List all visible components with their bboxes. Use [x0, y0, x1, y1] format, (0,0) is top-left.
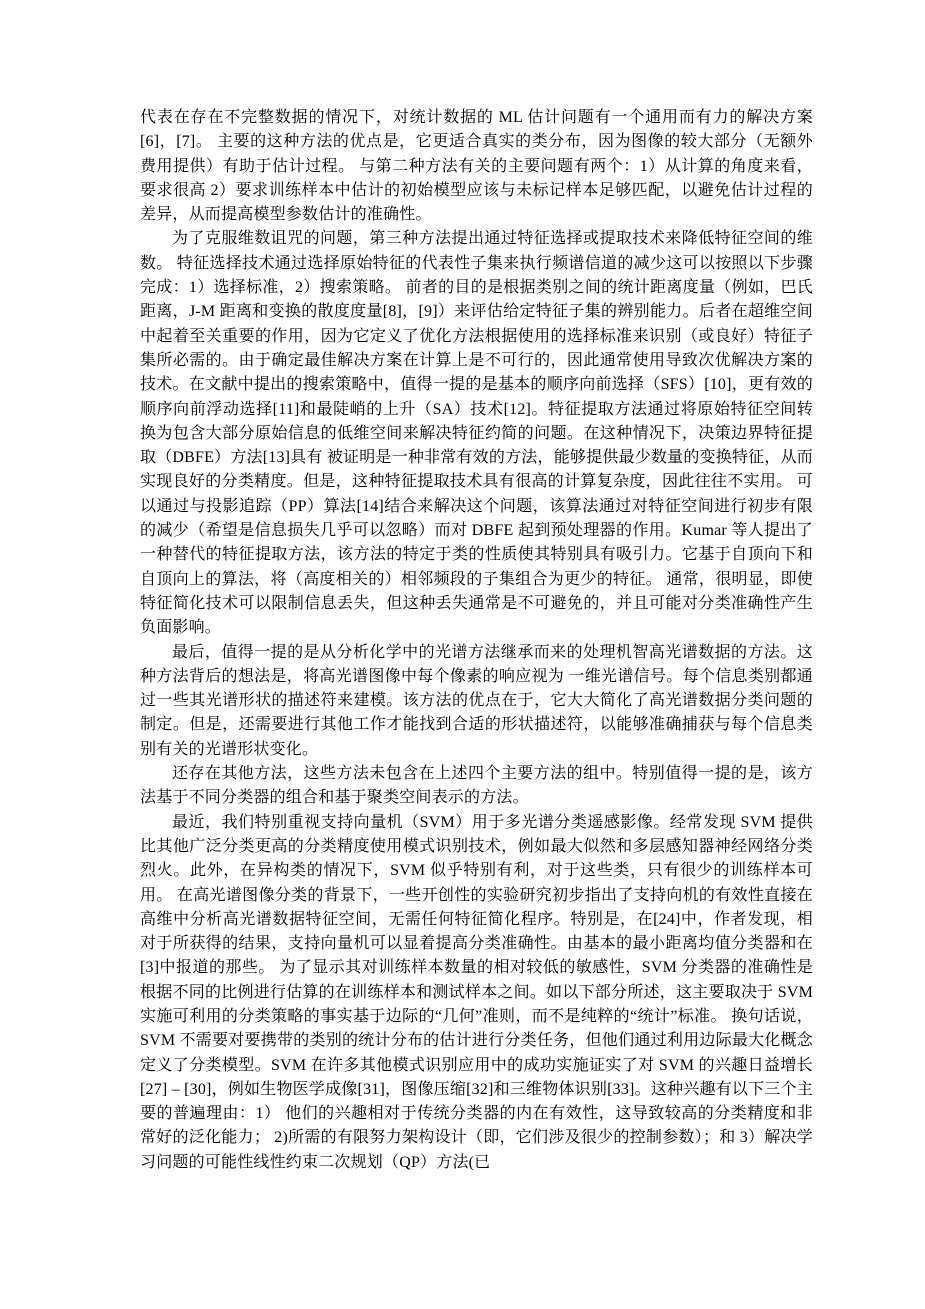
paragraph-ml-estimation: 代表在存在不完整数据的情况下，对统计数据的 ML 估计问题有一个通用而有力的解决… — [140, 106, 813, 227]
paragraph-spectral-methods: 最后，值得一提的是从分析化学中的光谱方法继承而来的处理机智高光谱数据的方法。这种… — [140, 641, 813, 762]
paragraph-other-methods: 还存在其他方法，这些方法未包含在上述四个主要方法的组中。特别值得一提的是，该方法… — [140, 762, 813, 811]
paragraph-svm: 最近，我们特别重视支持向量机（SVM）用于多光谱分类遥感影像。经常发现 SVM … — [140, 811, 813, 1175]
paragraph-feature-selection: 为了克服维数诅咒的问题，第三种方法提出通过特征选择或提取技术来降低特征空间的维数… — [140, 227, 813, 640]
document-page: 代表在存在不完整数据的情况下，对统计数据的 ML 估计问题有一个通用而有力的解决… — [140, 106, 813, 1175]
